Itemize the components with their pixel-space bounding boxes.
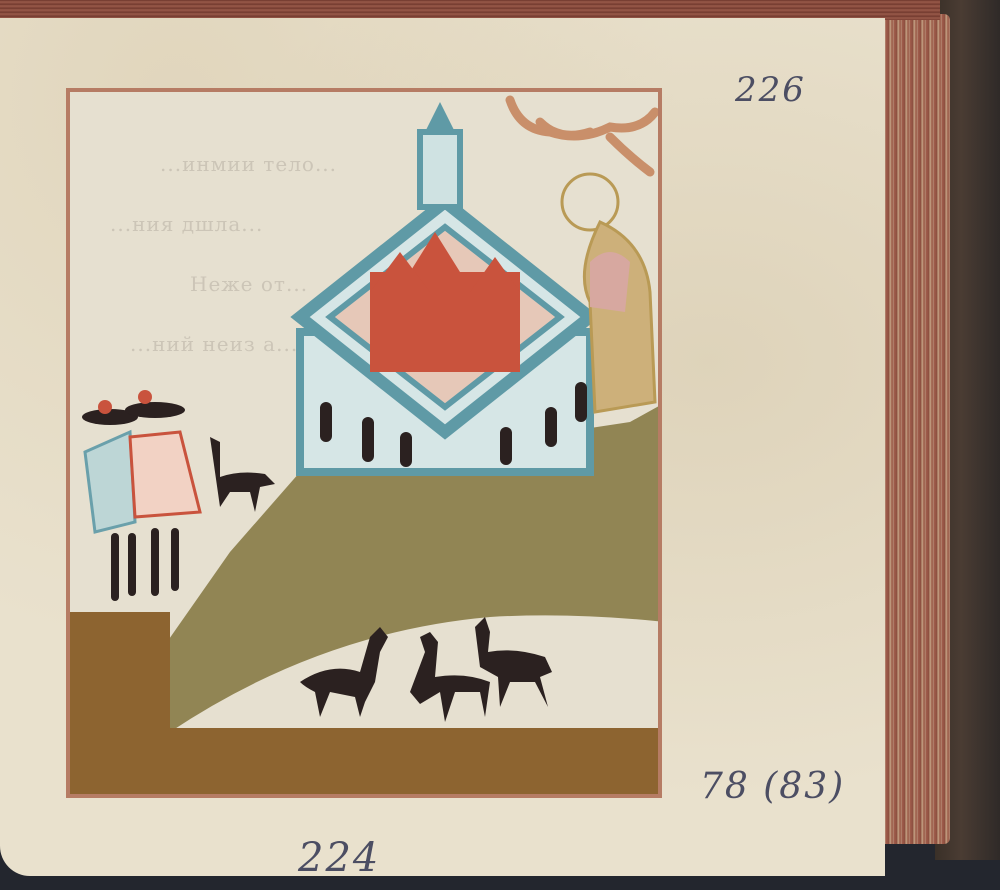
top-page-edge [0,0,940,20]
illumination-scene [70,92,662,798]
small-animal [210,437,275,512]
ground [70,612,170,732]
two-figures [82,390,200,597]
illumination-frame: ...инмии тело... ...ния дшла... Неже от.… [66,88,662,798]
cloud-icon [510,100,655,172]
page-edges [878,14,950,844]
ground-strip [70,728,662,798]
folio-number-top: 226 [735,70,806,110]
church-building [300,102,590,472]
folio-number-side: 78 (83) [700,766,845,807]
manuscript-photo: 226 78 (83) 224 ...инмии тело... ...ния … [0,0,1000,890]
folio-number-bottom: 224 [298,835,380,881]
